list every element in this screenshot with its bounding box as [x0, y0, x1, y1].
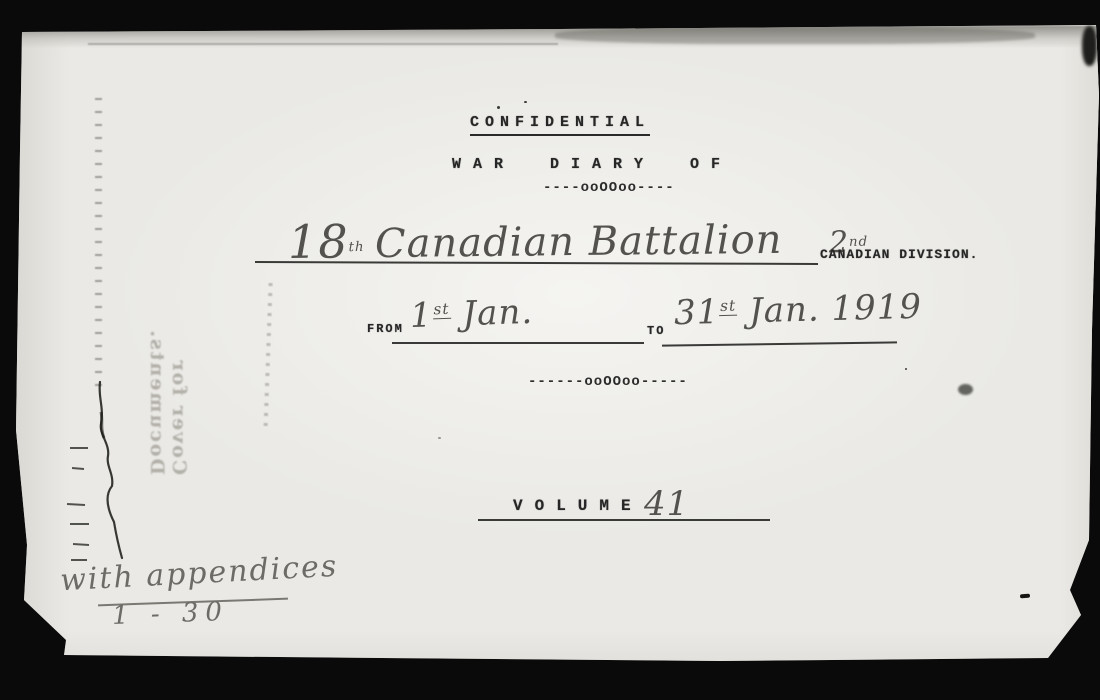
speck — [438, 437, 441, 439]
handwritten-volume-number: 41 — [644, 484, 689, 524]
period-from-label: FROM — [367, 322, 404, 336]
from-month: Jan. — [450, 292, 534, 335]
left-margin-tick-marks — [95, 98, 102, 388]
diary-cover-page: Cover for Documents. CONFIDENTIAL WAR DI… — [0, 0, 1100, 700]
to-day: 31 — [674, 292, 720, 333]
faint-bleedthrough-marks — [263, 283, 272, 433]
to-month-year: Jan. 1919 — [737, 287, 923, 332]
ruled-line-to-date — [662, 341, 897, 346]
paper-tear-crack — [58, 372, 138, 572]
ruled-line-volume — [478, 519, 770, 521]
top-fold-crease-line — [88, 43, 558, 45]
handwritten-battalion-name: Canadian Battalion — [375, 217, 783, 267]
handwritten-from-date: 1st Jan. — [409, 292, 533, 336]
battalion-ordinal: th — [349, 240, 365, 255]
war-diary-title: WAR DIARY OF — [452, 156, 732, 173]
ornamental-divider-top: ----ooOOoo---- — [543, 180, 675, 196]
speck — [905, 368, 907, 370]
to-day-ordinal: st — [719, 296, 737, 315]
ink-spot — [958, 384, 973, 395]
appendices-range: 1 - 30 — [112, 597, 230, 631]
scanner-background: Cover for Documents. CONFIDENTIAL WAR DI… — [0, 0, 1100, 700]
bottom-right-mark — [1020, 594, 1030, 599]
bleedthrough-vertical-text: Cover for Documents. — [146, 225, 190, 475]
stitch-dashes — [67, 448, 89, 560]
volume-label: VOLUME — [513, 497, 643, 515]
classification-stamp: CONFIDENTIAL — [470, 114, 650, 136]
top-right-corner-stain — [1082, 26, 1097, 66]
division-label: CANADIAN DIVISION. — [820, 247, 978, 262]
ornamental-divider-bottom: ------ooOOoo----- — [528, 374, 688, 390]
speck — [524, 101, 527, 103]
handwritten-to-date: 31st Jan. 1919 — [674, 287, 923, 333]
ruled-line-from-date — [392, 342, 644, 344]
from-day: 1 — [409, 295, 433, 336]
period-to-label: TO — [647, 324, 665, 338]
top-fold-dark-segment — [555, 27, 1035, 44]
from-day-ordinal: st — [432, 299, 451, 319]
speck — [497, 106, 500, 109]
battalion-entry: 18th Canadian Battalion 2nd — [288, 209, 869, 269]
